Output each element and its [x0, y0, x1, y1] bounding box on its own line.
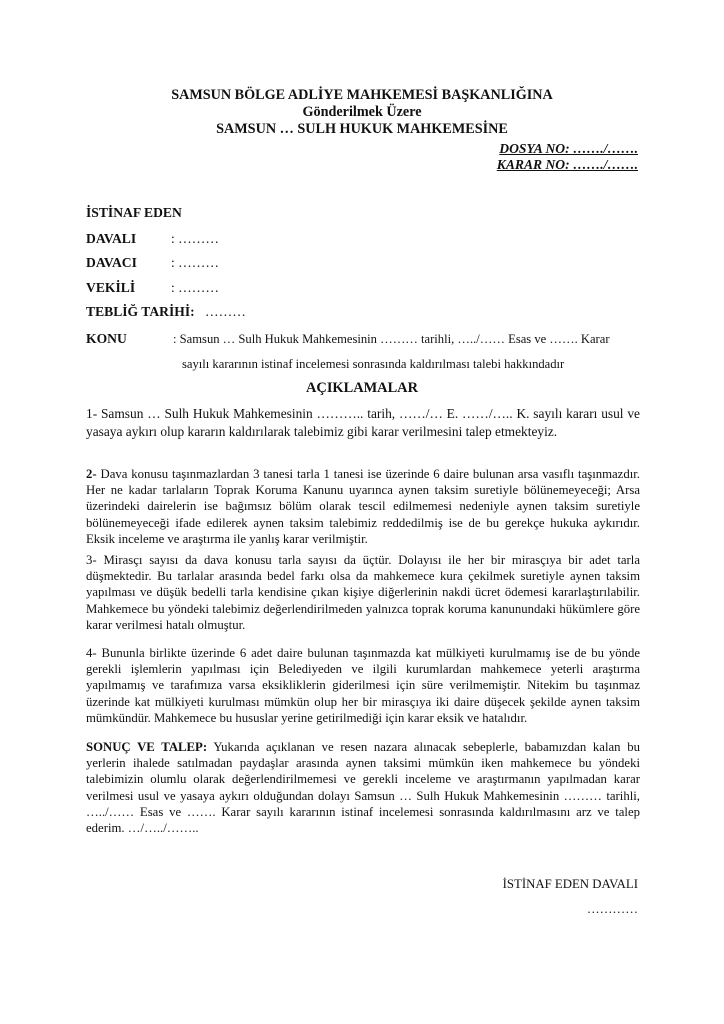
party-value-davali: : ………: [171, 231, 219, 247]
conclusion-paragraph: SONUÇ VE TALEP: Yukarıda açıklanan ve re…: [86, 739, 640, 836]
conclusion-label: SONUÇ VE TALEP:: [86, 740, 207, 754]
party-label-davaci: DAVACI: [86, 255, 137, 271]
paragraph-2-number: 2-: [86, 467, 97, 481]
header-court-line: SAMSUN BÖLGE ADLİYE MAHKEMESİ BAŞKANLIĞI…: [0, 87, 724, 104]
paragraph-2-text: Dava konusu taşınmazlardan 3 tanesi tarl…: [86, 467, 640, 546]
document-page: SAMSUN BÖLGE ADLİYE MAHKEMESİ BAŞKANLIĞI…: [0, 0, 724, 1024]
appellant-heading: İSTİNAF EDEN: [86, 205, 182, 221]
signature-title: İSTİNAF EDEN DAVALI: [503, 877, 638, 892]
notification-date-label: TEBLİĞ TARİHİ:: [86, 304, 195, 320]
party-value-davaci: : ………: [171, 255, 219, 271]
conclusion-text: Yukarıda açıklanan ve resen nazara alına…: [86, 740, 640, 835]
party-label-davali: DAVALI: [86, 231, 136, 247]
party-value-vekili: : ………: [171, 280, 219, 296]
header-sent-note: Gönderilmek Üzere: [0, 104, 724, 121]
signature-blank: …………: [587, 902, 638, 917]
subject-text-line1: : Samsun … Sulh Hukuk Mahkemesinin ……… t…: [173, 332, 610, 347]
explanations-heading: AÇIKLAMALAR: [0, 380, 724, 397]
paragraph-1: 1- Samsun … Sulh Hukuk Mahkemesinin ……….…: [86, 405, 640, 441]
paragraph-2: 2- Dava konusu taşınmazlardan 3 tanesi t…: [86, 466, 640, 547]
file-number: DOSYA NO: ……./…….: [499, 141, 638, 157]
header-local-court: SAMSUN … SULH HUKUK MAHKEMESİNE: [0, 121, 724, 138]
paragraph-4: 4- Bununla birlikte üzerinde 6 adet dair…: [86, 645, 640, 726]
subject-text-line2: sayılı kararının istinaf incelemesi sonr…: [182, 357, 564, 372]
paragraph-3: 3- Mirasçı sayısı da dava konusu tarla s…: [86, 552, 640, 633]
decision-number: KARAR NO: ……./…….: [497, 157, 638, 173]
party-label-vekili: VEKİLİ: [86, 280, 135, 296]
notification-date-value: ………: [205, 304, 246, 320]
subject-label: KONU: [86, 331, 127, 347]
